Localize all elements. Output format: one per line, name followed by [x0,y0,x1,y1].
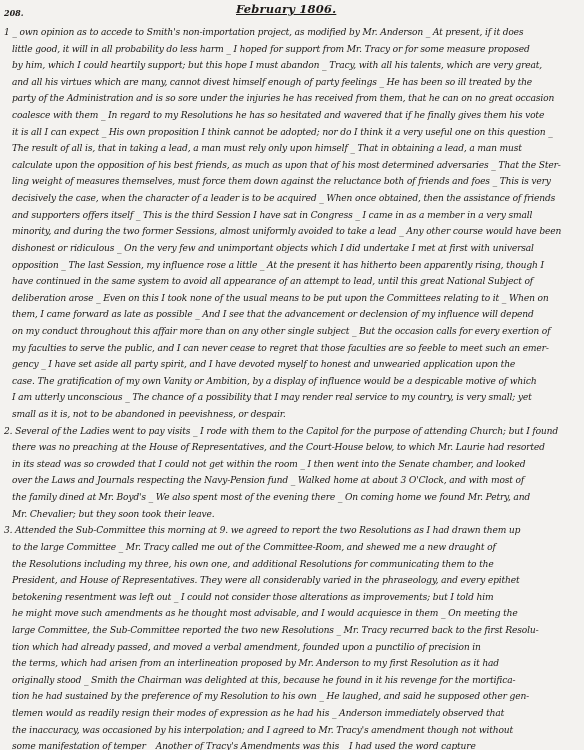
text-line: large Committee, the Sub-Committee repor… [4,623,580,640]
text-line: the family dined at Mr. Boyd's _ We also… [4,490,580,507]
text-line: deliberation arose _ Even on this I took… [4,291,580,308]
text-line: decisively the case, when the character … [4,191,580,208]
text-line: and supporters offers itself _ This is t… [4,208,580,225]
text-line: calculate upon the opposition of his bes… [4,158,580,175]
text-line: tion which had already passed, and moved… [4,640,580,657]
text-line: 1 _ own opinion as to accede to Smith's … [4,25,580,42]
text-line: case. The gratification of my own Vanity… [4,374,580,391]
text-line: the terms, which had arisen from an inte… [4,656,580,673]
text-line: tion he had sustained by the preference … [4,689,580,706]
text-line: there was no preaching at the House of R… [4,440,580,457]
manuscript-page: 208. February 1806. 1 _ own opinion as t… [0,0,584,750]
text-line: the inaccuracy, was occasioned by his in… [4,723,580,740]
text-line: President, and House of Representatives.… [4,573,580,590]
text-line: tlemen would as readily resign their mod… [4,706,580,723]
text-line: gency _ I have set aside all party spiri… [4,357,580,374]
manuscript-text: 1 _ own opinion as to accede to Smith's … [4,25,580,750]
text-line: he might move such amendments as he thou… [4,606,580,623]
text-line: ling weight of measures themselves, must… [4,174,580,191]
page-number: 208. [4,8,23,18]
text-line: some manifestation of temper _ Another o… [4,739,580,750]
text-line: dishonest or ridiculous _ On the very fe… [4,241,580,258]
text-line: Mr. Chevalier; but they soon took their … [4,507,580,524]
text-line: little good, it will in all probability … [4,42,580,59]
text-line: my faculties to serve the public, and I … [4,341,580,358]
text-line: I am utterly unconscious _ The chance of… [4,390,580,407]
text-line: coalesce with them _ In regard to my Res… [4,108,580,125]
text-line: party of the Administration and is so so… [4,91,580,108]
text-line: betokening resentment was left out _ I c… [4,590,580,607]
text-line: in its stead was so crowded that I could… [4,457,580,474]
text-line: opposition _ The last Session, my influe… [4,258,580,275]
text-line: have continued in the same system to avo… [4,274,580,291]
text-line: and all his virtues which are many, cann… [4,75,580,92]
text-line: them, I came forward as late as possible… [4,307,580,324]
text-line: The result of all is, that in taking a l… [4,141,580,158]
page-title: February 1806. [236,2,336,16]
text-line: 2. Several of the Ladies went to pay vis… [4,424,580,441]
text-line: the Resolutions including my three, his … [4,557,580,574]
text-line: on my conduct throughout this affair mor… [4,324,580,341]
text-line: 3. Attended the Sub-Committee this morni… [4,523,580,540]
text-line: originally stood _ Smith the Chairman wa… [4,673,580,690]
text-line: over the Laws and Journals respecting th… [4,473,580,490]
text-line: small as it is, not to be abandoned in p… [4,407,580,424]
text-line: by him, which I could heartily support; … [4,58,580,75]
text-line: to the large Committee _ Mr. Tracy calle… [4,540,580,557]
text-line: it is all I can expect _ His own proposi… [4,125,580,142]
text-line: minority, and during the two former Sess… [4,224,580,241]
